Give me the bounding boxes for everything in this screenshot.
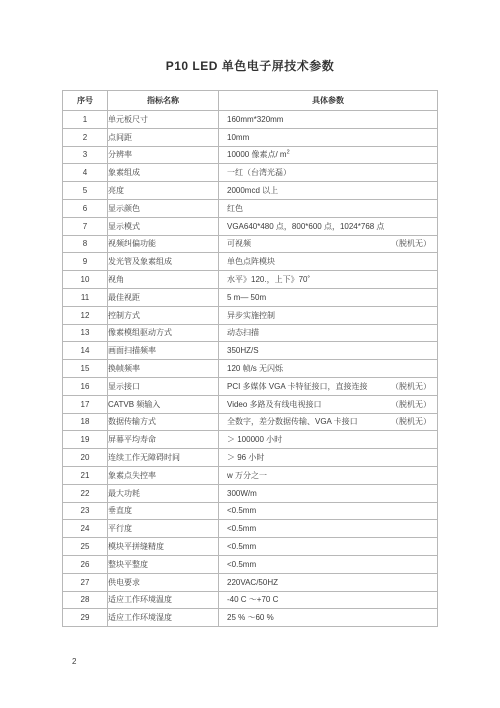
- cell-value: ＞ 96 小时: [219, 449, 438, 467]
- cell-value: 120 帧/s 无闪烁: [219, 360, 438, 378]
- table-row: 24 平行度 <0.5mm: [63, 520, 438, 538]
- cell-name: 数据传输方式: [108, 413, 219, 431]
- table-row: 26 整块平整度 <0.5mm: [63, 555, 438, 573]
- cell-value: Video 多路及有线电视接口 （脱机无）: [219, 395, 438, 413]
- table-row: 13 像素模组驱动方式 动态扫描: [63, 324, 438, 342]
- cell-value-text: <0.5mm: [227, 560, 256, 569]
- cell-value: 红色: [219, 199, 438, 217]
- cell-no: 16: [63, 377, 108, 395]
- cell-value: 2000mcd 以上: [219, 182, 438, 200]
- cell-name: 亮度: [108, 182, 219, 200]
- cell-value: VGA640*480 点，800*600 点，1024*768 点: [219, 217, 438, 235]
- cell-value-wrap: 可视频 （脱机无）: [219, 238, 437, 249]
- cell-name: 换帧频率: [108, 360, 219, 378]
- cell-name: 连续工作无障碍时间: [108, 449, 219, 467]
- cell-no: 1: [63, 111, 108, 129]
- table-row: 16 显示接口 PCI 多媒体 VGA 卡特征接口，直接连接 （脱机无）: [63, 377, 438, 395]
- cell-value: 5 m— 50m: [219, 288, 438, 306]
- cell-no: 18: [63, 413, 108, 431]
- cell-name: 整块平整度: [108, 555, 219, 573]
- table-row: 4 象素组成 一红（台湾光磊）: [63, 164, 438, 182]
- cell-no: 8: [63, 235, 108, 253]
- cell-value-wrap: <0.5mm: [219, 542, 437, 551]
- cell-value-text: -40 C ～+70 C: [227, 594, 278, 605]
- cell-value-text: VGA640*480 点，800*600 点，1024*768 点: [227, 221, 384, 232]
- table-row: 17 CATVB 频输入 Video 多路及有线电视接口 （脱机无）: [63, 395, 438, 413]
- cell-value-wrap: 10mm: [219, 133, 437, 142]
- cell-value: 350HZ/S: [219, 342, 438, 360]
- cell-name: 适应工作环境湿度: [108, 609, 219, 627]
- cell-no: 21: [63, 466, 108, 484]
- table-row: 10 视角 水平》120.，上下》70˚: [63, 271, 438, 289]
- table-row: 15 换帧频率 120 帧/s 无闪烁: [63, 360, 438, 378]
- cell-value-text: 10mm: [227, 133, 249, 142]
- cell-no: 11: [63, 288, 108, 306]
- header-cell-no: 序号: [63, 91, 108, 111]
- cell-value-wrap: 水平》120.，上下》70˚: [219, 274, 437, 285]
- cell-value-text: 160mm*320mm: [227, 115, 283, 124]
- table-row: 1 单元板尺寸 160mm*320mm: [63, 111, 438, 129]
- cell-value-wrap: Video 多路及有线电视接口 （脱机无）: [219, 399, 437, 410]
- cell-name: 视角: [108, 271, 219, 289]
- cell-name: 模块平拼缝精度: [108, 538, 219, 556]
- table-row: 21 象素点失控率 w 万分之一: [63, 466, 438, 484]
- cell-no: 24: [63, 520, 108, 538]
- cell-name: 供电要求: [108, 573, 219, 591]
- cell-value-wrap: 25 % ～60 %: [219, 612, 437, 623]
- cell-value-text: <0.5mm: [227, 506, 256, 515]
- cell-name: 点间距: [108, 128, 219, 146]
- cell-value-wrap: ＞ 100000 小时: [219, 434, 437, 445]
- offline-note: （脱机无）: [391, 381, 431, 392]
- cell-name: 适应工作环境温度: [108, 591, 219, 609]
- cell-no: 7: [63, 217, 108, 235]
- cell-value-text: 一红（台湾光磊）: [227, 167, 291, 178]
- cell-value-wrap: 5 m— 50m: [219, 293, 437, 302]
- cell-value-wrap: 2000mcd 以上: [219, 185, 437, 196]
- cell-value: 单色点阵模块: [219, 253, 438, 271]
- cell-value: 动态扫描: [219, 324, 438, 342]
- cell-no: 28: [63, 591, 108, 609]
- table-row: 23 垂直度 <0.5mm: [63, 502, 438, 520]
- cell-no: 25: [63, 538, 108, 556]
- table-row: 18 数据传输方式 全数字，差分数据传输、VGA 卡接口 （脱机无）: [63, 413, 438, 431]
- cell-value: <0.5mm: [219, 538, 438, 556]
- cell-value-text: 水平》120.，上下》70˚: [227, 274, 310, 285]
- cell-value-wrap: 220VAC/50HZ: [219, 578, 437, 587]
- cell-value-text: 5 m— 50m: [227, 293, 266, 302]
- cell-no: 26: [63, 555, 108, 573]
- header-cell-value: 具体参数: [219, 91, 438, 111]
- cell-name: 屏幕平均寿命: [108, 431, 219, 449]
- offline-note: （脱机无）: [391, 399, 431, 410]
- cell-no: 27: [63, 573, 108, 591]
- cell-value: <0.5mm: [219, 502, 438, 520]
- cell-no: 3: [63, 146, 108, 164]
- cell-name: 最佳视距: [108, 288, 219, 306]
- table-row: 12 控制方式 异步实施控制: [63, 306, 438, 324]
- cell-no: 6: [63, 199, 108, 217]
- cell-no: 5: [63, 182, 108, 200]
- cell-no: 9: [63, 253, 108, 271]
- cell-value: 异步实施控制: [219, 306, 438, 324]
- cell-value: 全数字，差分数据传输、VGA 卡接口 （脱机无）: [219, 413, 438, 431]
- cell-value-text: 220VAC/50HZ: [227, 578, 278, 587]
- cell-value: w 万分之一: [219, 466, 438, 484]
- cell-no: 2: [63, 128, 108, 146]
- table-row: 5 亮度 2000mcd 以上: [63, 182, 438, 200]
- table-row: 29 适应工作环境湿度 25 % ～60 %: [63, 609, 438, 627]
- cell-no: 4: [63, 164, 108, 182]
- page-number: 2: [72, 657, 76, 666]
- cell-name: CATVB 频输入: [108, 395, 219, 413]
- cell-value-wrap: -40 C ～+70 C: [219, 594, 437, 605]
- offline-note: （脱机无）: [391, 238, 431, 249]
- cell-value-wrap: 300W/m: [219, 489, 437, 498]
- cell-value-text: 单色点阵模块: [227, 256, 275, 267]
- cell-value-wrap: <0.5mm: [219, 524, 437, 533]
- cell-value: 10000 像素点/ m2: [219, 146, 438, 164]
- cell-value-wrap: w 万分之一: [219, 470, 437, 481]
- cell-value-wrap: 异步实施控制: [219, 310, 437, 321]
- cell-no: 20: [63, 449, 108, 467]
- table-row: 25 模块平拼缝精度 <0.5mm: [63, 538, 438, 556]
- cell-value-wrap: 一红（台湾光磊）: [219, 167, 437, 178]
- cell-value-text: <0.5mm: [227, 542, 256, 551]
- cell-value-text: <0.5mm: [227, 524, 256, 533]
- cell-name: 垂直度: [108, 502, 219, 520]
- cell-no: 14: [63, 342, 108, 360]
- cell-name: 平行度: [108, 520, 219, 538]
- cell-value-text: 可视频: [227, 238, 251, 249]
- cell-name: 发光管及象素组成: [108, 253, 219, 271]
- cell-name: 象素组成: [108, 164, 219, 182]
- cell-value-wrap: 120 帧/s 无闪烁: [219, 363, 437, 374]
- cell-value-wrap: 动态扫描: [219, 327, 437, 338]
- cell-no: 23: [63, 502, 108, 520]
- cell-value-text: 10000 像素点/ m2: [227, 149, 290, 160]
- cell-value-text: 全数字，差分数据传输、VGA 卡接口: [227, 416, 358, 427]
- cell-value: ＞ 100000 小时: [219, 431, 438, 449]
- cell-name: 象素点失控率: [108, 466, 219, 484]
- table-row: 3 分辨率 10000 像素点/ m2: [63, 146, 438, 164]
- cell-value: 10mm: [219, 128, 438, 146]
- cell-value-text: 25 % ～60 %: [227, 612, 274, 623]
- cell-value: 220VAC/50HZ: [219, 573, 438, 591]
- cell-value-wrap: 160mm*320mm: [219, 115, 437, 124]
- cell-value: 水平》120.，上下》70˚: [219, 271, 438, 289]
- table-row: 11 最佳视距 5 m— 50m: [63, 288, 438, 306]
- table-row: 22 最大功耗 300W/m: [63, 484, 438, 502]
- cell-value-text: 红色: [227, 203, 243, 214]
- table-row: 6 显示颜色 红色: [63, 199, 438, 217]
- cell-value: 160mm*320mm: [219, 111, 438, 129]
- cell-value-text: Video 多路及有线电视接口: [227, 399, 322, 410]
- cell-name: 显示模式: [108, 217, 219, 235]
- cell-no: 17: [63, 395, 108, 413]
- cell-value: 300W/m: [219, 484, 438, 502]
- table-row: 9 发光管及象素组成 单色点阵模块: [63, 253, 438, 271]
- cell-value-wrap: <0.5mm: [219, 506, 437, 515]
- cell-name: 显示颜色: [108, 199, 219, 217]
- cell-no: 19: [63, 431, 108, 449]
- cell-value-wrap: PCI 多媒体 VGA 卡特征接口，直接连接 （脱机无）: [219, 381, 437, 392]
- cell-name: 分辨率: [108, 146, 219, 164]
- cell-value-text: w 万分之一: [227, 470, 267, 481]
- offline-note: （脱机无）: [391, 416, 431, 427]
- cell-value-wrap: 红色: [219, 203, 437, 214]
- cell-value-text: 120 帧/s 无闪烁: [227, 363, 283, 374]
- cell-value: PCI 多媒体 VGA 卡特征接口，直接连接 （脱机无）: [219, 377, 438, 395]
- cell-value-wrap: VGA640*480 点，800*600 点，1024*768 点: [219, 221, 437, 232]
- cell-value-text: 2000mcd 以上: [227, 185, 278, 196]
- document-page: P10 LED 单色电子屏技术参数 序号 指标名称 具体参数 1 单元板尺寸 1…: [0, 0, 500, 708]
- cell-value: 一红（台湾光磊）: [219, 164, 438, 182]
- cell-value-wrap: <0.5mm: [219, 560, 437, 569]
- table-row: 2 点间距 10mm: [63, 128, 438, 146]
- cell-value-wrap: ＞ 96 小时: [219, 452, 437, 463]
- cell-value: <0.5mm: [219, 520, 438, 538]
- table-row: 19 屏幕平均寿命 ＞ 100000 小时: [63, 431, 438, 449]
- cell-name: 单元板尺寸: [108, 111, 219, 129]
- table-row: 20 连续工作无障碍时间 ＞ 96 小时: [63, 449, 438, 467]
- cell-name: 像素模组驱动方式: [108, 324, 219, 342]
- cell-name: 控制方式: [108, 306, 219, 324]
- cell-name: 画面扫描频率: [108, 342, 219, 360]
- cell-value-text: ＞ 100000 小时: [227, 434, 282, 445]
- table-row: 27 供电要求 220VAC/50HZ: [63, 573, 438, 591]
- cell-value-text: ＞ 96 小时: [227, 452, 264, 463]
- cell-value-text: 350HZ/S: [227, 346, 259, 355]
- cell-value: 25 % ～60 %: [219, 609, 438, 627]
- cell-value: -40 C ～+70 C: [219, 591, 438, 609]
- cell-no: 12: [63, 306, 108, 324]
- cell-no: 15: [63, 360, 108, 378]
- cell-name: 显示接口: [108, 377, 219, 395]
- table-row: 7 显示模式 VGA640*480 点，800*600 点，1024*768 点: [63, 217, 438, 235]
- cell-no: 13: [63, 324, 108, 342]
- cell-value: <0.5mm: [219, 555, 438, 573]
- table-row: 8 视频纠偏功能 可视频 （脱机无）: [63, 235, 438, 253]
- cell-value-text: 异步实施控制: [227, 310, 275, 321]
- cell-no: 10: [63, 271, 108, 289]
- header-cell-name: 指标名称: [108, 91, 219, 111]
- cell-value-wrap: 单色点阵模块: [219, 256, 437, 267]
- cell-value-text: PCI 多媒体 VGA 卡特征接口，直接连接: [227, 381, 367, 392]
- page-title: P10 LED 单色电子屏技术参数: [0, 57, 500, 74]
- cell-no: 29: [63, 609, 108, 627]
- cell-value-wrap: 全数字，差分数据传输、VGA 卡接口 （脱机无）: [219, 416, 437, 427]
- cell-value-wrap: 350HZ/S: [219, 346, 437, 355]
- table-row: 28 适应工作环境温度 -40 C ～+70 C: [63, 591, 438, 609]
- cell-value-wrap: 10000 像素点/ m2: [219, 149, 437, 160]
- cell-value-text: 动态扫描: [227, 327, 259, 338]
- table-row: 14 画面扫描频率 350HZ/S: [63, 342, 438, 360]
- cell-name: 最大功耗: [108, 484, 219, 502]
- cell-name: 视频纠偏功能: [108, 235, 219, 253]
- header-row: 序号 指标名称 具体参数: [63, 91, 438, 111]
- cell-no: 22: [63, 484, 108, 502]
- params-table: 序号 指标名称 具体参数 1 单元板尺寸 160mm*320mm 2 点间距 1…: [62, 90, 438, 627]
- cell-value-text: 300W/m: [227, 489, 257, 498]
- cell-value: 可视频 （脱机无）: [219, 235, 438, 253]
